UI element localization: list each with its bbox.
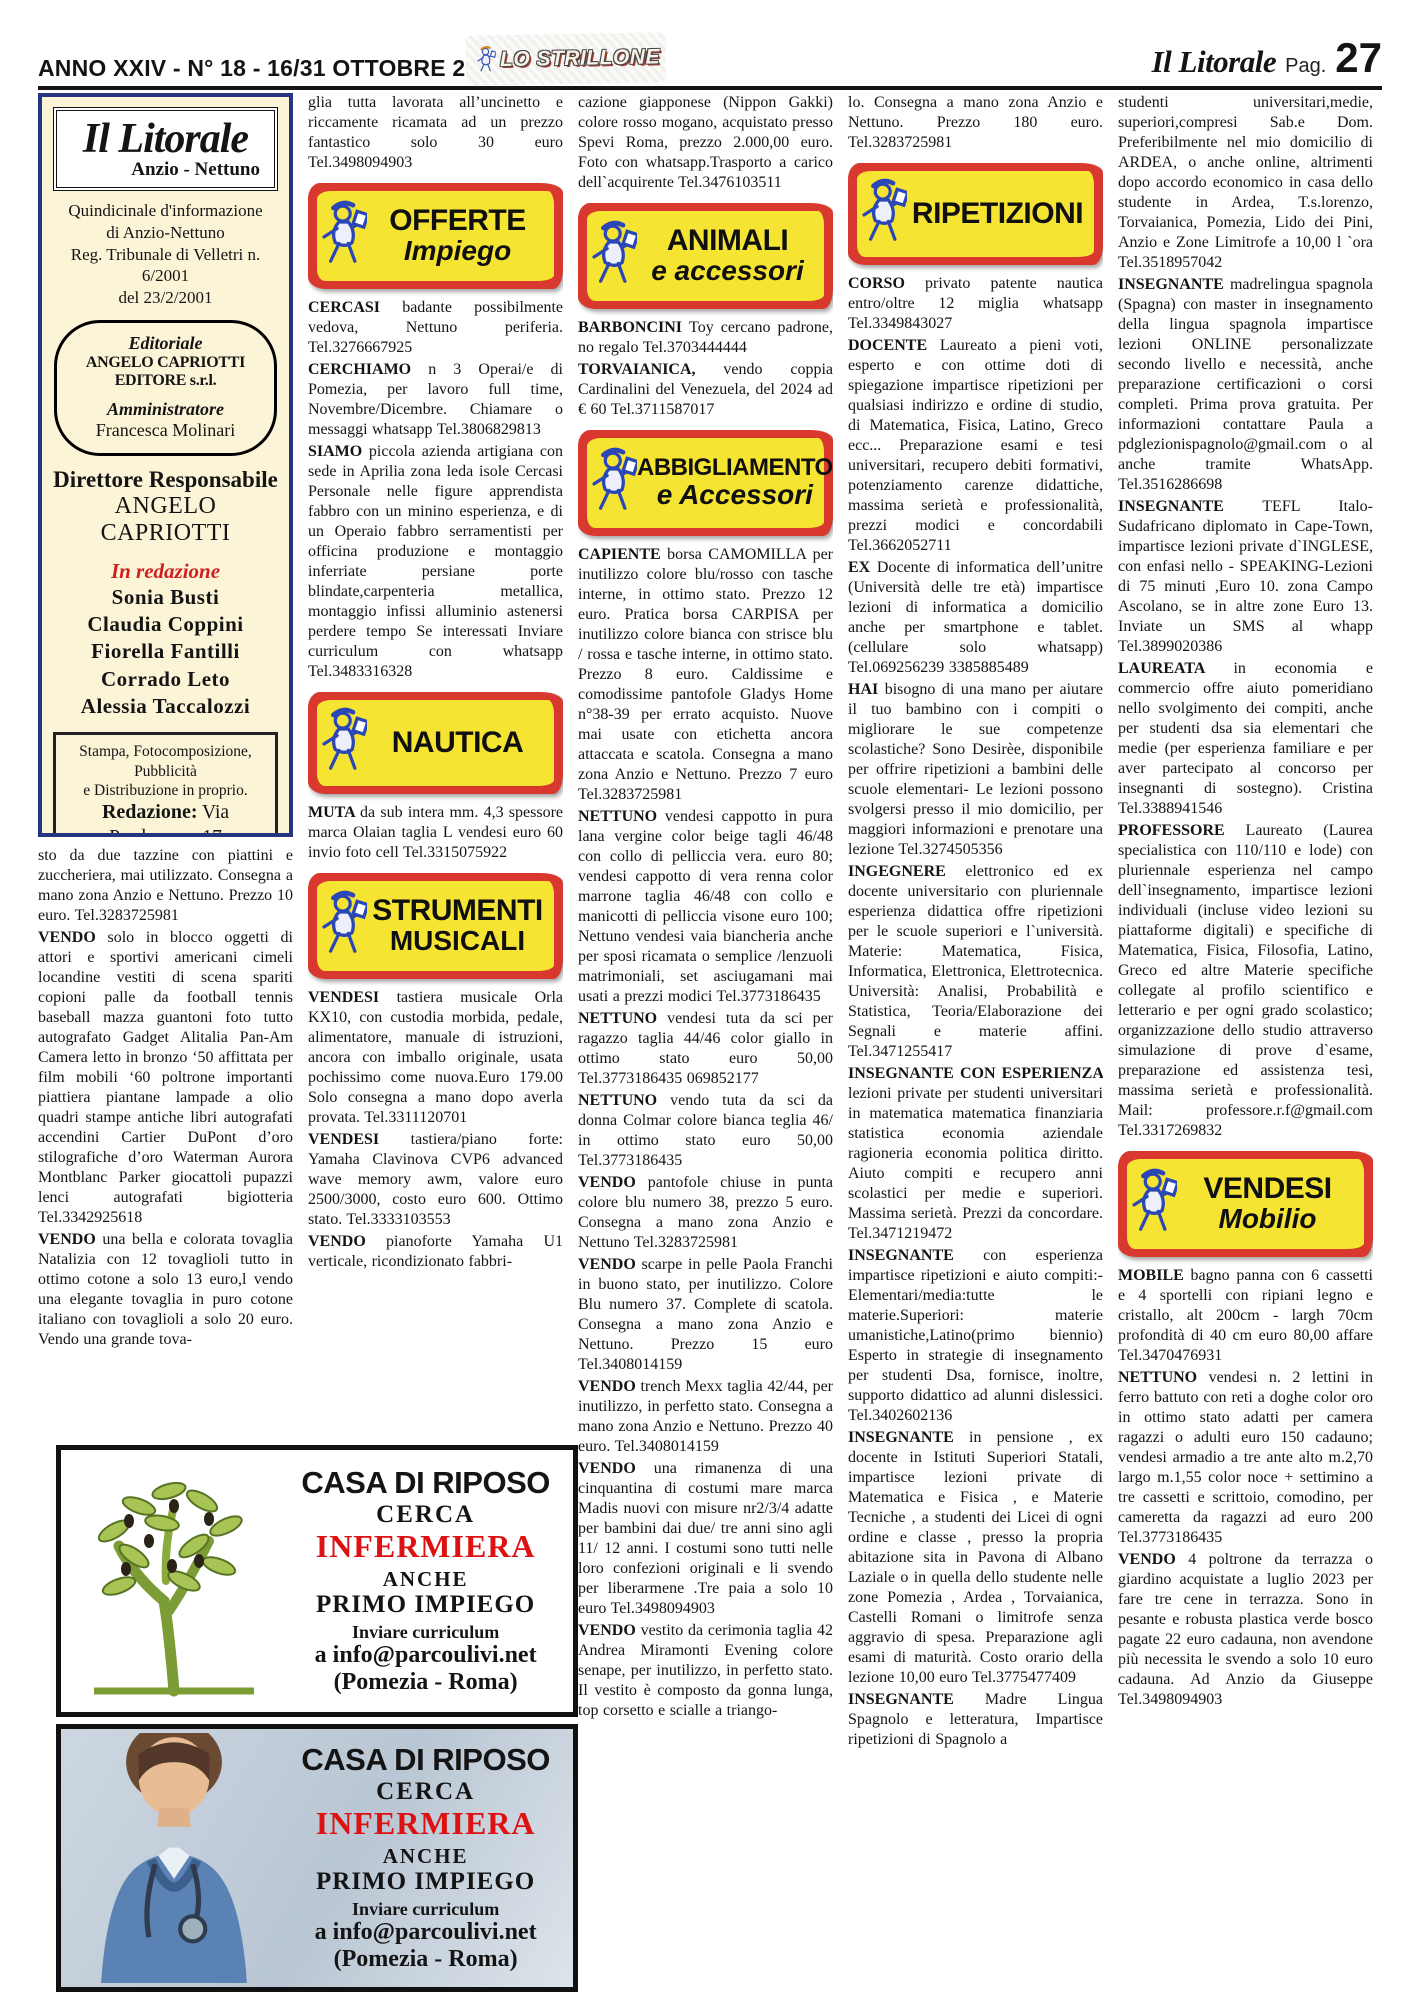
page-label: Pag. [1285,55,1326,78]
contact-box: Stampa, Fotocomposizione, Pubblicità e D… [53,732,278,837]
banner-title: STRUMENTI [367,896,548,927]
newsboy-icon [311,704,367,782]
classified-ad: MUTA da sub intera mm. 4,3 spessore marc… [308,803,563,863]
classified-ad: BARBONCINI Toy cercano padrone, no regal… [578,318,833,358]
classified-ad: INGEGNERE elettronico ed ex docente univ… [848,862,1103,1062]
classified-ad: NETTUNO vendesi tuta da sci per ragazzo … [578,1009,833,1089]
newsboy-icon [1121,1165,1177,1243]
section-banner-strumenti: STRUMENTIMUSICALI [308,873,563,979]
casa-di-riposo-text-2: CASA DI RIPOSO CERCA INFERMIERA ANCHE PR… [286,1743,573,1973]
casa-di-riposo-text: CASA DI RIPOSO CERCA INFERMIERA ANCHE PR… [286,1466,573,1696]
classified-ad: SIAMO piccola azienda artigiana con sede… [308,442,563,682]
classified-ad: PROFESSORE Laureato (Laurea specialistic… [1118,821,1373,1141]
classified-ad: MOBILE bagno panna con 6 cassetti e 4 sp… [1118,1266,1373,1366]
staff-name: Sonia Busti [53,584,278,611]
newsboy-icon [851,175,907,253]
classified-ad: VENDO pantofole chiuse in punta colore b… [578,1173,833,1253]
director-name: ANGELO CAPRIOTTI [53,493,278,547]
nurse-photo [61,1729,286,1987]
info-line: Reg. Tribunale di Velletri n. 6/2001 [53,244,278,288]
address-line: Redazione: Via Pordenone, 17 [58,800,273,837]
content-area: Il Litorale Anzio - Nettuno Quindicinale… [0,93,1420,1990]
banner-title: VENDESI [1177,1174,1358,1205]
newsboy-icon [472,38,497,82]
editoriale-label: Editoriale [61,333,270,354]
banner-title: OFFERTE [367,206,548,237]
staff-name: Alessia Taccalozzi [53,693,278,720]
logo-text: LO STRILLONE [500,45,660,72]
classified-ad: VENDO solo in blocco oggetti di attori e… [38,928,293,1228]
publisher-name: ANGELO CAPRIOTTI EDITORE s.r.l. [61,354,270,390]
banner-title: ABBIGLIAMENTO [637,456,833,481]
classified-ad: INSEGNANTE CON ESPERIENZA lezioni privat… [848,1064,1103,1244]
section-banner-vendesi_mobilio: VENDESIMobilio [1118,1151,1373,1257]
staff-name: Fiorella Fantilli [53,638,278,665]
classified-ad: cazione giapponese (Nippon Gakki) colore… [578,93,833,193]
classified-ad: INSEGNANTE in pensione , ex docente in I… [848,1428,1103,1688]
paper-reference: Il Litorale Pag. 27 [1152,34,1382,82]
lo-strillone-logo: LO STRILLONE [466,32,667,85]
banner-subtitle: Impiego [367,237,548,266]
director-label: Direttore Responsabile [53,467,278,493]
staff-name: Corrado Leto [53,666,278,693]
classified-ad: VENDO trench Mexx taglia 42/44, per inut… [578,1377,833,1457]
classified-ad: HAI bisogno di una mano per aiutare il t… [848,680,1103,860]
banner-title: ANIMALI [637,226,818,257]
classified-ad: INSEGNANTE Madre Lingua Spagnolo e lette… [848,1690,1103,1750]
paper-name: Il Litorale [1152,44,1277,80]
classified-ad: EX Docente di informatica dell’unitre (U… [848,558,1103,678]
masthead: Il Litorale Anzio - Nettuno Quindicinale… [38,93,293,837]
section-banner-ripetizioni: RIPETIZIONI [848,163,1103,265]
classified-ad: INSEGNANTE con esperienza impartisce rip… [848,1246,1103,1426]
editorial-staff-list: Sonia BustiClaudia CoppiniFiorella Fanti… [53,584,278,720]
classified-ad: NETTUNO vendo tuta da sci da donna Colma… [578,1091,833,1171]
casa-di-riposo-ad-1: CASA DI RIPOSO CERCA INFERMIERA ANCHE PR… [56,1445,578,1717]
newsboy-icon [311,197,367,275]
classified-ad: CORSO privato patente nautica entro/oltr… [848,274,1103,334]
amministratore-label: Amministratore [61,399,270,420]
publisher-box: Editoriale ANGELO CAPRIOTTI EDITORE s.r.… [54,320,277,456]
section-banner-abbigliamento: ABBIGLIAMENTOe Accessori [578,430,833,536]
classified-ad: TORVAIANICA, vendo coppia Cardinalini de… [578,360,833,420]
classified-ad: VENDO 4 poltrone da terrazza o giardino … [1118,1550,1373,1710]
casa-di-riposo-ad-2: CASA DI RIPOSO CERCA INFERMIERA ANCHE PR… [56,1724,578,1992]
column-4: lo. Consegna a mano zona Anzio e Nettuno… [848,93,1103,1990]
info-line: Quindicinale d'informazione [53,200,278,222]
info-line: di Anzio-Nettuno [53,222,278,244]
banner-title: NAUTICA [367,728,548,759]
classified-ad: NETTUNO vendesi cappotto in pura lana ve… [578,807,833,1007]
banner-subtitle: e accessori [637,257,818,286]
print-info: Stampa, Fotocomposizione, Pubblicità [58,742,273,781]
classified-ad: INSEGNANTE madrelingua spagnola (Spagna)… [1118,275,1373,495]
classified-ad: VENDO una rimanenza di una cinquantina d… [578,1459,833,1619]
classified-ad: glia tutta lavorata all’uncinetto e ricc… [308,93,563,173]
newsboy-icon [581,217,637,295]
section-banner-nautica: NAUTICA [308,692,563,794]
banner-subtitle: MUSICALI [367,927,548,956]
newspaper-page: { "header": { "issue": "ANNO XXIV - N° 1… [0,0,1420,2000]
administrator-name: Francesca Molinari [61,420,270,441]
page-header: ANNO XXIV - N° 18 - 16/31 OTTOBRE 2024 L… [38,0,1382,90]
classifieds-col1: sto da due tazzine con piattini e zucche… [38,846,293,1350]
classified-ad: DOCENTE Laureato a pieni voti, esperto e… [848,336,1103,556]
classified-ad: LAUREATA in economia e commercio offre a… [1118,659,1373,819]
registration-info: Quindicinale d'informazione di Anzio-Net… [53,200,278,309]
redazione-label: In redazione [53,559,278,584]
section-banner-offerte: OFFERTEImpiego [308,183,563,289]
olive-tree-icon [61,1450,286,1712]
section-banner-animali: ANIMALIe accessori [578,203,833,309]
classified-ad: CERCHIAMO n 3 Operai/e di Pomezia, per l… [308,360,563,440]
masthead-title-box: Il Litorale Anzio - Nettuno [53,107,278,191]
newsboy-icon [311,887,367,965]
classified-ad: studenti universitari,medie, superiori,c… [1118,93,1373,273]
print-info: e Distribuzione in proprio. [58,781,273,800]
classified-ad: VENDO una bella e colorata tovaglia Nata… [38,1230,293,1350]
classified-ad: VENDO pianoforte Yamaha U1 verticale, ri… [308,1232,563,1272]
classified-ad: sto da due tazzine con piattini e zucche… [38,846,293,926]
newsboy-icon [581,444,637,522]
classified-ad: VENDESI tastiera musicale Orla KX10, con… [308,988,563,1128]
classified-ad: VENDO scarpe in pelle Paola Franchi in b… [578,1255,833,1375]
issue-date-line: ANNO XXIV - N° 18 - 16/31 OTTOBRE 2024 [38,55,504,82]
classified-ad: lo. Consegna a mano zona Anzio e Nettuno… [848,93,1103,153]
info-line: del 23/2/2001 [53,287,278,309]
display-ads: CASA DI RIPOSO CERCA INFERMIERA ANCHE PR… [56,1445,578,1992]
classified-ad: CERCASI badante possibilmente vedova, Ne… [308,298,563,358]
banner-subtitle: e Accessori [637,481,833,510]
staff-name: Claudia Coppini [53,611,278,638]
classified-ad: NETTUNO vendesi n. 2 lettini in ferro ba… [1118,1368,1373,1548]
newspaper-title: Il Litorale [63,115,268,163]
classified-ad: VENDO vestito da cerimonia taglia 42 And… [578,1621,833,1721]
column-5: studenti universitari,medie, superiori,c… [1118,93,1373,1990]
banner-subtitle: Mobilio [1177,1205,1358,1234]
classified-ad: CAPIENTE borsa CAMOMILLA per inutilizzo … [578,545,833,805]
column-3: cazione giapponese (Nippon Gakki) colore… [578,93,833,1990]
page-number: 27 [1335,34,1382,82]
banner-title: RIPETIZIONI [907,199,1088,230]
classified-ad: VENDESI tastiera/piano forte: Yamaha Cla… [308,1130,563,1230]
classified-ad: INSEGNANTE TEFL Italo-Sudafricano diplom… [1118,497,1373,657]
